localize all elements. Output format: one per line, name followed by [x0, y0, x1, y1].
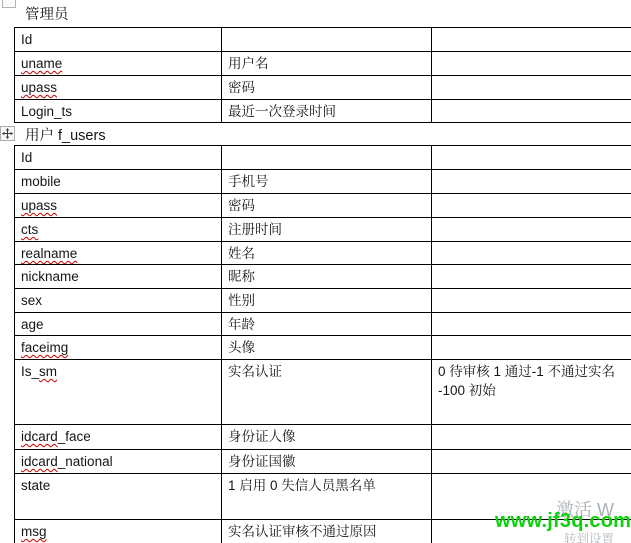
field-description-cell[interactable]: 最近一次登录时间: [222, 100, 432, 123]
admin-schema-table: Iduname用户名upass密码Login_ts最近一次登录时间: [14, 27, 631, 123]
field-name-cell[interactable]: cts: [15, 218, 222, 242]
field-description-cell[interactable]: 姓名: [222, 242, 432, 265]
table-row: idcard_face身份证人像: [15, 425, 631, 450]
misspelled-field-text: idcard: [21, 454, 58, 469]
field-name-cell[interactable]: realname: [15, 242, 222, 265]
field-text: Is_: [21, 364, 39, 379]
table-row: Id: [15, 28, 631, 52]
field-name-cell[interactable]: sex: [15, 289, 222, 313]
field-description-cell[interactable]: 昵称: [222, 265, 432, 289]
field-note-cell[interactable]: [432, 336, 631, 360]
field-name-cell[interactable]: uname: [15, 52, 222, 76]
site-watermark-text: www.jf3q.com: [495, 510, 631, 533]
field-note-cell[interactable]: [432, 425, 631, 450]
misspelled-field-text: realname: [21, 246, 77, 261]
field-description-cell[interactable]: 实名认证: [222, 360, 432, 425]
field-note-cell[interactable]: [432, 194, 631, 218]
users-schema-table: Idmobile手机号upass密码cts注册时间realname姓名nickn…: [14, 145, 631, 543]
misspelled-field-text: idcard: [21, 429, 58, 444]
field-text: nickname: [21, 269, 79, 284]
table-row: upass密码: [15, 194, 631, 218]
field-note-cell[interactable]: [432, 313, 631, 336]
field-note-cell[interactable]: [432, 100, 631, 123]
table-move-handle[interactable]: [0, 126, 15, 141]
table-row: Login_ts最近一次登录时间: [15, 100, 631, 123]
table-move-handle-partial[interactable]: [2, 0, 16, 8]
field-note-cell[interactable]: 0 待审核 1 通过-1 不通过实名 -100 初始: [432, 360, 631, 425]
field-description-cell[interactable]: 性别: [222, 289, 432, 313]
field-description-cell[interactable]: 身份证人像: [222, 425, 432, 450]
move-arrows-icon: [2, 128, 13, 139]
misspelled-field-text: cts: [21, 222, 38, 237]
field-text: _face: [58, 429, 91, 444]
field-note-cell[interactable]: [432, 170, 631, 194]
field-text: state: [21, 478, 50, 493]
field-note-cell[interactable]: [432, 265, 631, 289]
field-description-cell[interactable]: 年龄: [222, 313, 432, 336]
misspelled-field-text: sm: [39, 364, 57, 379]
word-document-canvas[interactable]: { "colors": { "table_border": "#000000",…: [0, 0, 631, 543]
field-name-cell[interactable]: Id: [15, 28, 222, 52]
field-description-cell[interactable]: 头像: [222, 336, 432, 360]
table-row: nickname昵称: [15, 265, 631, 289]
field-note-cell[interactable]: [432, 218, 631, 242]
field-text: mobile: [21, 174, 61, 189]
misspelled-field-text: upass: [21, 80, 57, 95]
field-name-cell[interactable]: faceimg: [15, 336, 222, 360]
table-title-users[interactable]: 用户 f_users: [25, 124, 106, 145]
field-description-cell[interactable]: 实名认证审核不通过原因: [222, 520, 432, 543]
field-description-cell[interactable]: 身份证国徽: [222, 450, 432, 474]
field-note-cell[interactable]: [432, 76, 631, 100]
field-name-cell[interactable]: msg: [15, 520, 222, 543]
field-name-cell[interactable]: Login_ts: [15, 100, 222, 123]
field-description-cell[interactable]: 密码: [222, 76, 432, 100]
field-note-cell[interactable]: [432, 289, 631, 313]
table-row: uname用户名: [15, 52, 631, 76]
table-row: Is_sm实名认证0 待审核 1 通过-1 不通过实名 -100 初始: [15, 360, 631, 425]
misspelled-field-text: faceimg: [21, 340, 68, 355]
field-text: Login_ts: [21, 104, 72, 119]
table-row: cts注册时间: [15, 218, 631, 242]
field-description-cell[interactable]: 用户名: [222, 52, 432, 76]
table-row: sex性别: [15, 289, 631, 313]
field-text: age: [21, 317, 44, 332]
table-title-admin[interactable]: 管理员: [25, 3, 69, 24]
field-name-cell[interactable]: upass: [15, 194, 222, 218]
field-note-cell[interactable]: [432, 450, 631, 474]
field-text: Id: [21, 32, 32, 47]
table-row: Id: [15, 146, 631, 170]
table-row: faceimg头像: [15, 336, 631, 360]
field-note-cell[interactable]: [432, 242, 631, 265]
misspelled-field-text: uname: [21, 56, 62, 71]
misspelled-field-text: upass: [21, 198, 57, 213]
field-name-cell[interactable]: idcard_face: [15, 425, 222, 450]
field-text: sex: [21, 293, 42, 308]
field-text: _national: [58, 454, 113, 469]
field-description-cell[interactable]: [222, 146, 432, 170]
field-name-cell[interactable]: upass: [15, 76, 222, 100]
field-name-cell[interactable]: nickname: [15, 265, 222, 289]
field-name-cell[interactable]: Is_sm: [15, 360, 222, 425]
field-note-cell[interactable]: [432, 52, 631, 76]
field-description-cell[interactable]: [222, 28, 432, 52]
field-name-cell[interactable]: Id: [15, 146, 222, 170]
table-row: idcard_national身份证国徽: [15, 450, 631, 474]
field-note-cell[interactable]: [432, 146, 631, 170]
field-note-cell[interactable]: [432, 28, 631, 52]
field-name-cell[interactable]: idcard_national: [15, 450, 222, 474]
table-row: mobile手机号: [15, 170, 631, 194]
field-description-cell[interactable]: 密码: [222, 194, 432, 218]
field-name-cell[interactable]: state: [15, 474, 222, 520]
field-description-cell[interactable]: 1 启用 0 失信人员黑名单: [222, 474, 432, 520]
misspelled-field-text: msg: [21, 524, 47, 539]
field-text: Id: [21, 150, 32, 165]
field-description-cell[interactable]: 注册时间: [222, 218, 432, 242]
field-description-cell[interactable]: 手机号: [222, 170, 432, 194]
table-row: realname姓名: [15, 242, 631, 265]
table-row: age年龄: [15, 313, 631, 336]
field-name-cell[interactable]: mobile: [15, 170, 222, 194]
table-row: upass密码: [15, 76, 631, 100]
field-name-cell[interactable]: age: [15, 313, 222, 336]
